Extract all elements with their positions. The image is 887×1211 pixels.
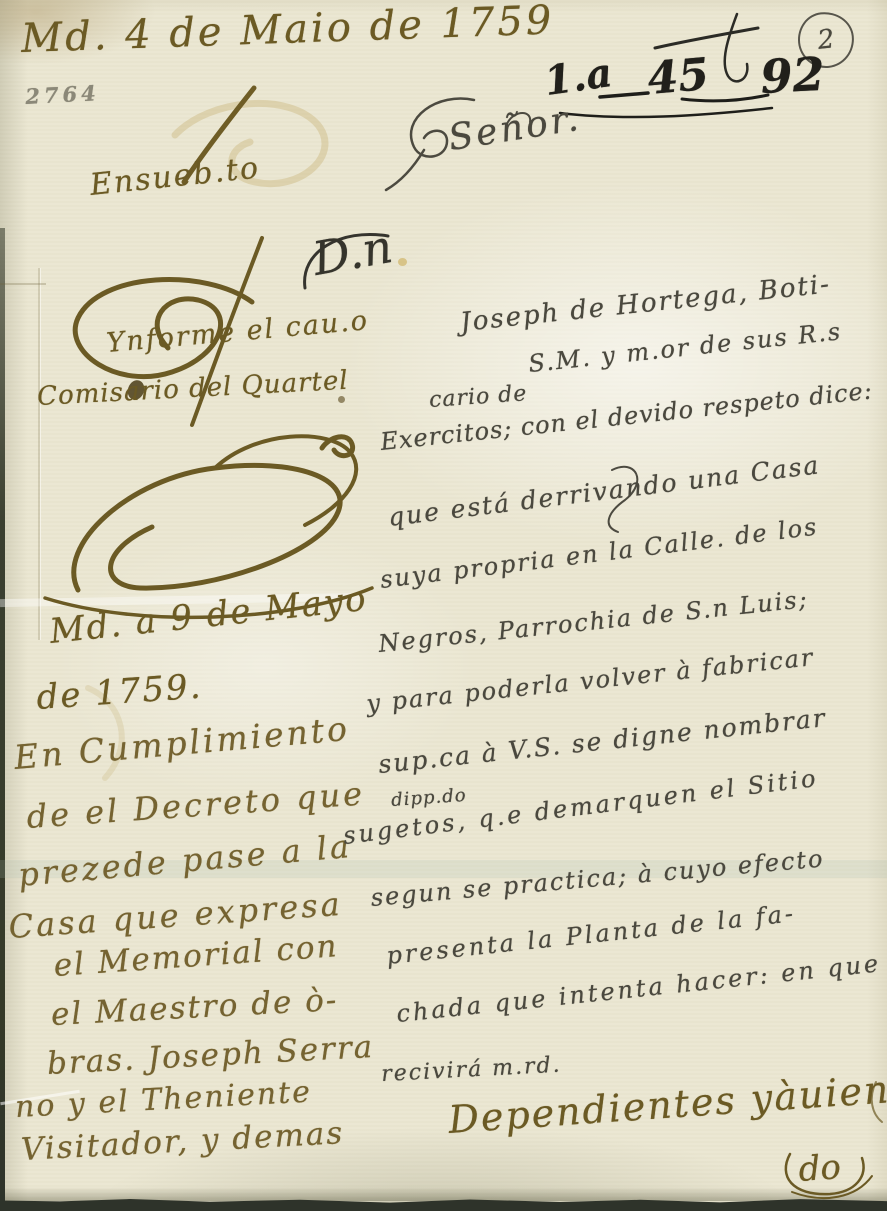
ink-speck xyxy=(338,396,345,403)
report-line: Visitador, y demas xyxy=(20,1115,345,1168)
report-line: el Maestro de ò- xyxy=(50,982,339,1033)
body-line: presenta la Planta de la fa- xyxy=(385,899,797,970)
closing-syllable: do xyxy=(797,1147,842,1190)
archive-underline xyxy=(560,108,772,117)
paper-bottom-shadow xyxy=(0,1187,887,1201)
body-line: segun se practica; à cuyo efecto xyxy=(370,844,826,912)
cross-mark-bar xyxy=(655,28,758,48)
margin-note: Ensueb.to xyxy=(88,150,261,203)
archive-mark-1: 1.a xyxy=(541,49,615,105)
body-line: y para poderla volver à fabricar xyxy=(365,643,816,718)
report-line: de el Decreto que xyxy=(25,774,366,836)
rubric-knot xyxy=(322,437,353,456)
rubric-loop-1 xyxy=(74,465,340,590)
archive-mark-2: 45 xyxy=(646,49,711,105)
fold-crease-vertical xyxy=(38,268,40,640)
date-inscription: Md. 4 de Maio de 1759 xyxy=(20,0,555,62)
body-line: sup.ca à V.S. se digne nombrar xyxy=(377,703,828,779)
margin-date-line-1: Md. a 9 de Mayo xyxy=(48,579,370,652)
body-line: Negros, Parrochia de S.n Luis; xyxy=(377,585,810,658)
body-interline-note: dipp.do xyxy=(391,785,468,811)
registry-number: 2764 xyxy=(25,80,101,109)
report-line: bras. Joseph Serra xyxy=(46,1029,375,1082)
manuscript-page: Md. 4 de Maio de 1759 2764 2 1.a 45 92 S… xyxy=(0,0,887,1211)
report-line: no y el Theniente xyxy=(14,1074,313,1125)
salutation: Señor. xyxy=(446,98,584,159)
report-line: En Cumplimiento xyxy=(13,709,352,777)
archive-mark-3: 92 xyxy=(759,47,826,104)
paper-left-edge xyxy=(0,228,5,1211)
fold-crease-horizontal xyxy=(0,283,46,285)
senor-flourish-tail xyxy=(386,150,424,190)
comisario-line: Comisario del Quartel xyxy=(36,366,349,412)
rubric-loop-2 xyxy=(215,436,356,525)
body-line: recivirá m.rd. xyxy=(381,1053,562,1087)
margin-date-line-2: de 1759. xyxy=(35,667,203,718)
paper-stain xyxy=(398,258,407,266)
body-line: S.M. y m.or de sus R.s xyxy=(527,317,843,378)
don-initial: D.n xyxy=(309,219,397,286)
body-line: cario de xyxy=(428,381,528,413)
informe-line: Ynforme el cau.o xyxy=(105,305,370,359)
report-line: prezede pase a la xyxy=(17,827,354,894)
cross-mark-stem xyxy=(725,14,748,81)
